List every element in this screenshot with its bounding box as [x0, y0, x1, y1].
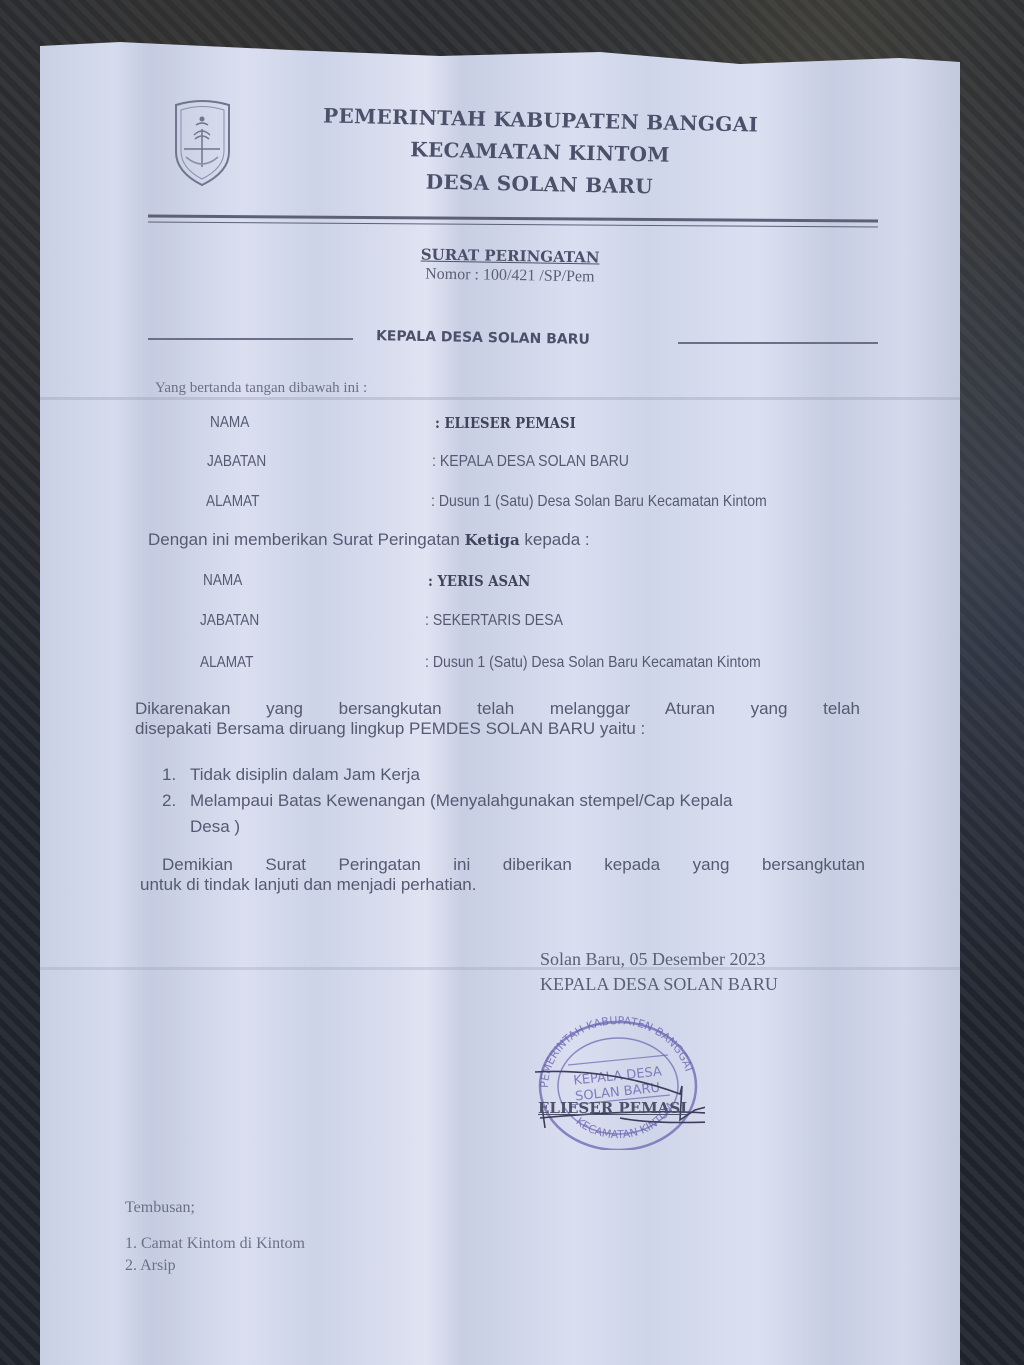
- violations-list: 1. Tidak disiplin dalam Jam Kerja 2. Mel…: [162, 762, 882, 840]
- official-stamp-icon: PEMERINTAH KABUPATEN BANGGAI KECAMATAN K…: [530, 1010, 705, 1150]
- cc-heading: Tembusan;: [125, 1197, 305, 1219]
- warning-letter-paper: PEMERINTAH KABUPATEN BANGGAI KECAMATAN K…: [40, 42, 960, 1365]
- field-value: : Dusun 1 (Satu) Desa Solan Baru Kecamat…: [431, 493, 767, 511]
- place-date: Solan Baru, 05 Desember 2023: [540, 947, 778, 972]
- regency-shield-emblem-icon: [170, 97, 235, 187]
- signer-position: KEPALA DESA SOLAN BARU: [540, 972, 778, 997]
- divider-right: [678, 342, 878, 344]
- closing-line-1: Demikian Surat Peringatan ini diberikan …: [140, 855, 865, 875]
- field-value: : YERIS ASAN: [428, 572, 530, 590]
- statement-prefix: Dengan ini memberikan Surat Peringatan: [148, 530, 465, 549]
- carbon-copy-list: Tembusan; 1. Camat Kintom di Kintom 2. A…: [125, 1197, 305, 1277]
- field-value: : ELIESER PEMASI: [435, 414, 576, 432]
- field-value: : SEKERTARIS DESA: [425, 612, 563, 630]
- letterhead: PEMERINTAH KABUPATEN BANGGAI KECAMATAN K…: [259, 98, 821, 206]
- letterhead-divider: [148, 214, 878, 227]
- statement-suffix: kepada :: [520, 530, 590, 549]
- list-item: 1. Tidak disiplin dalam Jam Kerja: [162, 762, 882, 788]
- field-value: : Dusun 1 (Satu) Desa Solan Baru Kecamat…: [425, 654, 761, 672]
- list-item: 2. Melampaui Batas Kewenangan (Menyalahg…: [162, 788, 750, 840]
- warning-level: Ketiga: [465, 531, 520, 549]
- reason-line-1: Dikarenakan yang bersangkutan telah mela…: [135, 699, 860, 719]
- intro-text: Yang bertanda tangan dibawah ini :: [155, 380, 367, 397]
- field-label: JABATAN: [200, 612, 259, 630]
- reason-line-2: disepakati Bersama diruang lingkup PEMDE…: [135, 719, 860, 739]
- divider-left: [148, 338, 353, 340]
- signature-block: Solan Baru, 05 Desember 2023 KEPALA DESA…: [540, 947, 778, 997]
- closing-paragraph: Demikian Surat Peringatan ini diberikan …: [140, 855, 865, 895]
- signer-name: ELIESER PEMASI: [538, 1099, 687, 1117]
- letter-number: Nomor : 100/421 /SP/Pem: [340, 264, 680, 288]
- cc-item: 2. Arsip: [125, 1255, 305, 1277]
- closing-line-2: untuk di tindak lanjuti dan menjadi perh…: [140, 875, 865, 895]
- field-value: : KEPALA DESA SOLAN BARU: [432, 453, 629, 471]
- field-label: NAMA: [210, 414, 249, 432]
- field-label: NAMA: [203, 572, 242, 590]
- field-label: JABATAN: [207, 453, 266, 471]
- issuer-heading-block: KEPALA DESA SOLAN BARU: [148, 330, 878, 354]
- warning-statement: Dengan ini memberikan Surat Peringatan K…: [148, 530, 590, 550]
- paper-fold-line: [40, 967, 960, 970]
- cc-item: 1. Camat Kintom di Kintom: [125, 1233, 305, 1255]
- issuer-heading: KEPALA DESA SOLAN BARU: [376, 328, 590, 348]
- reason-paragraph: Dikarenakan yang bersangkutan telah mela…: [135, 699, 860, 739]
- letter-title: SURAT PERINGATAN Nomor : 100/421 /SP/Pem: [340, 244, 681, 288]
- field-label: ALAMAT: [200, 654, 253, 672]
- field-label: ALAMAT: [206, 493, 259, 511]
